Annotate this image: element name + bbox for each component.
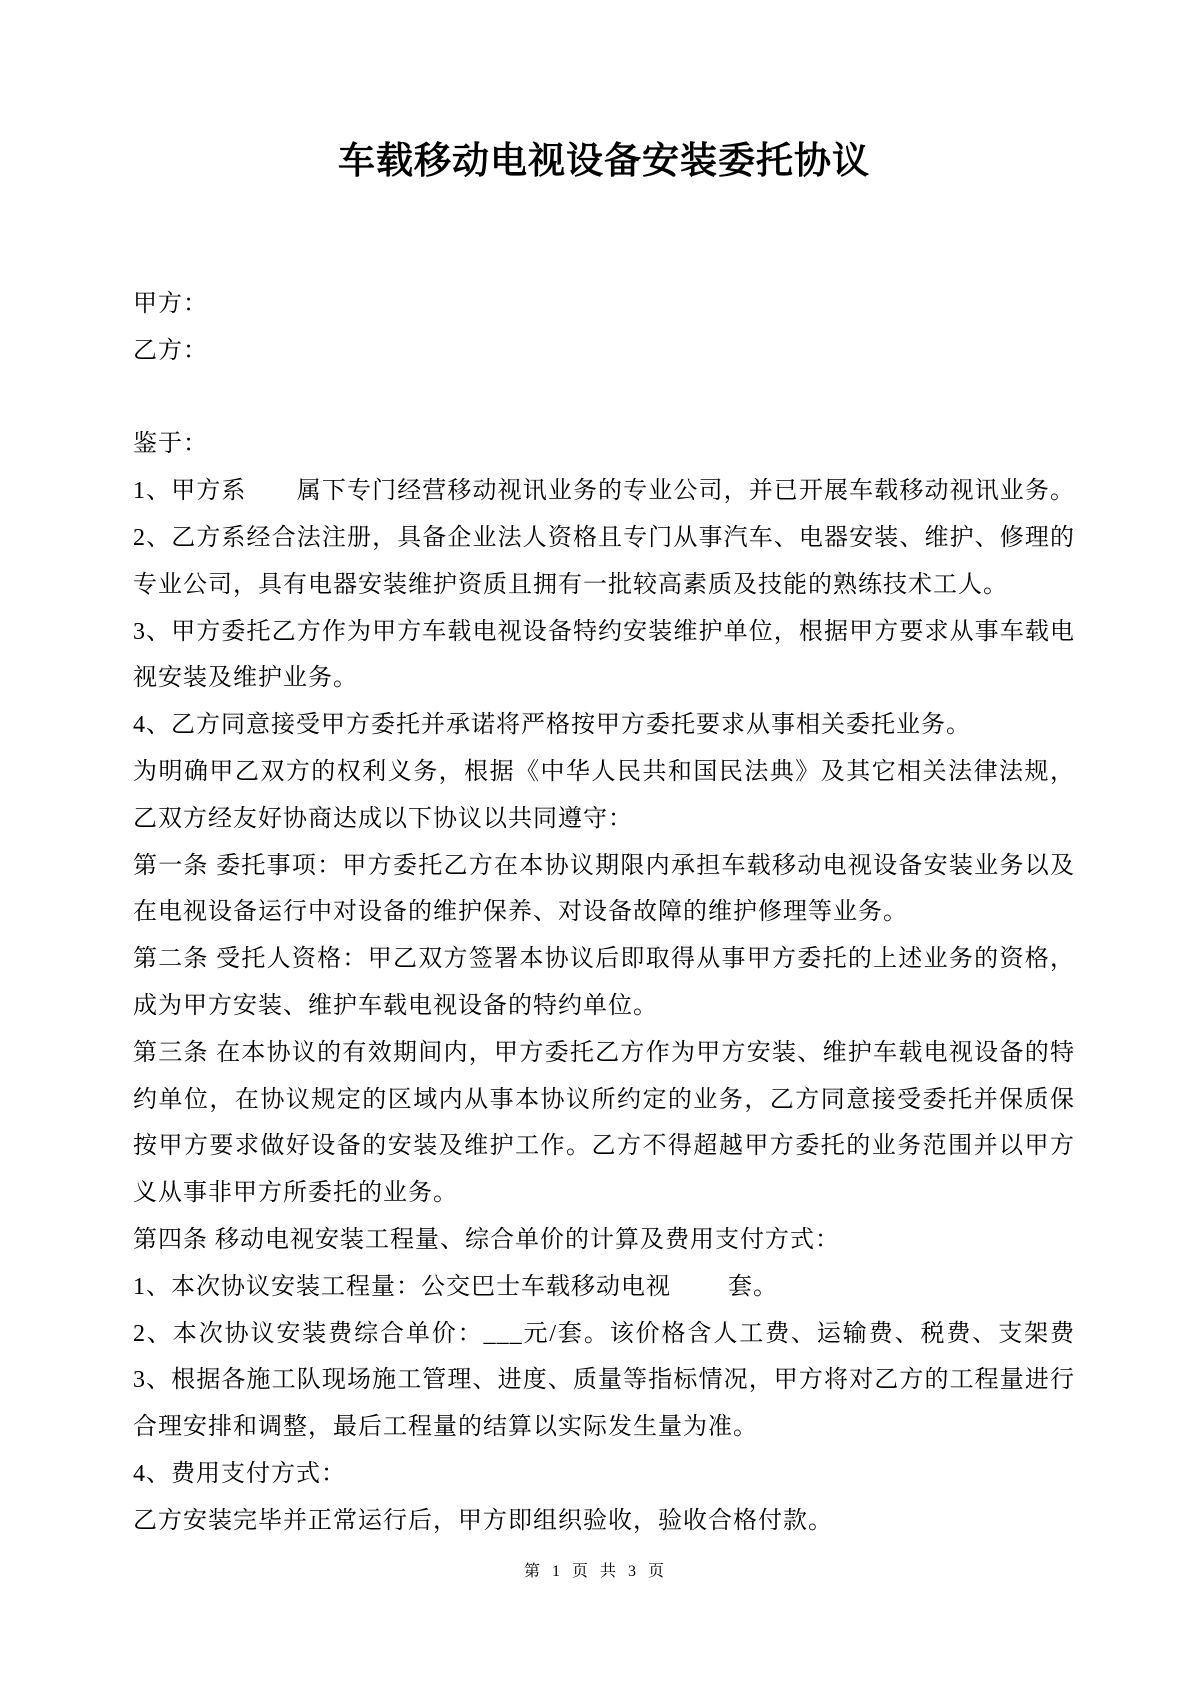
- body-line: 在电视设备运行中对设备的维护保养、对设备故障的维护修理等业务。: [133, 889, 1075, 936]
- body-line: 为明确甲乙双方的权利义务，根据《中华人民共和国民法典》及其它相关法律法规，甲: [133, 749, 1075, 796]
- document-title: 车载移动电视设备安装委托协议: [133, 138, 1075, 186]
- body-line: 乙方安装完毕并正常运行后，甲方即组织验收，验收合格付款。: [133, 1498, 1075, 1545]
- body-line: 第二条 受托人资格：甲乙双方签署本协议后即取得从事甲方委托的上述业务的资格，: [133, 936, 1075, 983]
- body-line: 鉴于：: [133, 421, 1075, 468]
- body-line: 第三条 在本协议的有效期间内，甲方委托乙方作为甲方安装、维护车载电视设备的特: [133, 1030, 1075, 1077]
- body-line: 2、乙方系经合法注册，具备企业法人资格且专门从事汽车、电器安装、维护、修理的: [133, 515, 1075, 562]
- body-line: 专业公司，具有电器安装维护资质且拥有一批较高素质及技能的熟练技术工人。: [133, 562, 1075, 609]
- body-line: 甲方：: [133, 281, 1075, 328]
- body-line: 成为甲方安装、维护车载电视设备的特约单位。: [133, 983, 1075, 1030]
- body-line: 1、甲方系 属下专门经营移动视讯业务的专业公司，并已开展车载移动视讯业务。: [133, 468, 1075, 515]
- page-number-footer: 第 1 页 共 3 页: [0, 1558, 1190, 1581]
- body-line: 4、乙方同意接受甲方委托并承诺将严格按甲方委托要求从事相关委托业务。: [133, 702, 1075, 749]
- document-body: 甲方：乙方：鉴于：1、甲方系 属下专门经营移动视讯业务的专业公司，并已开展车载移…: [133, 281, 1075, 1545]
- body-line: 4、费用支付方式：: [133, 1451, 1075, 1498]
- body-line: 按甲方要求做好设备的安装及维护工作。乙方不得超越甲方委托的业务范围并以甲方名: [133, 1123, 1075, 1170]
- body-line: 第四条 移动电视安装工程量、综合单价的计算及费用支付方式：: [133, 1217, 1075, 1264]
- body-line: 第一条 委托事项：甲方委托乙方在本协议期限内承担车载移动电视设备安装业务以及: [133, 843, 1075, 890]
- body-line: 义从事非甲方所委托的业务。: [133, 1170, 1075, 1217]
- body-line: 约单位，在协议规定的区域内从事本协议所约定的业务，乙方同意接受委托并保质保量: [133, 1077, 1075, 1124]
- document-page: 车载移动电视设备安装委托协议 甲方：乙方：鉴于：1、甲方系 属下专门经营移动视讯…: [0, 0, 1190, 1683]
- body-line: 1、本次协议安装工程量：公交巴士车载移动电视 套。: [133, 1264, 1075, 1311]
- body-line: 乙方：: [133, 328, 1075, 375]
- body-line: 3、根据各施工队现场施工管理、进度、质量等指标情况，甲方将对乙方的工程量进行: [133, 1357, 1075, 1404]
- body-line: [133, 375, 1075, 422]
- body-line: 2、本次协议安装费综合单价：___元/套。该价格含人工费、运输费、税费、支架费等…: [133, 1311, 1075, 1358]
- body-line: 3、甲方委托乙方作为甲方车载电视设备特约安装维护单位，根据甲方要求从事车载电: [133, 609, 1075, 656]
- body-line: 视安装及维护业务。: [133, 655, 1075, 702]
- body-line: 合理安排和调整，最后工程量的结算以实际发生量为准。: [133, 1404, 1075, 1451]
- body-line: 乙双方经友好协商达成以下协议以共同遵守：: [133, 796, 1075, 843]
